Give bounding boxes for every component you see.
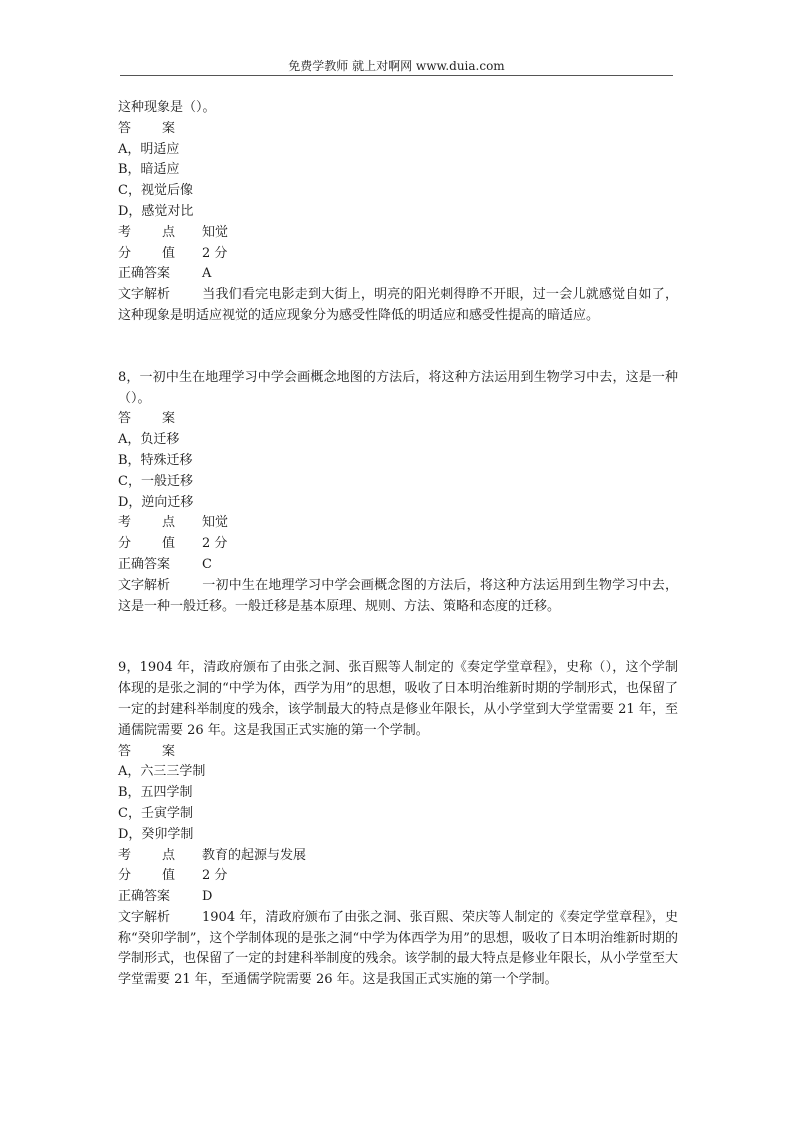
question-stem: 9，1904 年，清政府颁布了由张之洞、张百熙等人制定的《奏定学堂章程》，史称（… (118, 658, 678, 741)
option-d: D，逆向迁移 (118, 493, 678, 514)
header-divider (120, 75, 673, 76)
analysis-row: 文字解析一初中生在地理学习中学会画概念图的方法后，将这种方法运用到生物学习中去，… (118, 576, 678, 618)
option-d: D，感觉对比 (118, 202, 678, 223)
option-b: B，暗适应 (118, 160, 678, 181)
answer-label: 答案 (118, 742, 678, 763)
correct-answer-value: D (202, 889, 212, 904)
analysis-text: 当我们看完电影走到大街上，明亮的阳光刺得睁不开眼，过一会儿就感觉自如了，这种现象… (118, 287, 678, 323)
knowledge-point-row: 考点教育的起源与发展 (118, 846, 678, 867)
option-c: C，壬寅学制 (118, 804, 678, 825)
analysis-text: 1904 年，清政府颁布了由张之洞、张百熙、荣庆等人制定的《奏定学堂章程》，史称… (118, 910, 678, 987)
question-block: 8，一初中生在地理学习中学会画概念地图的方法后，将这种方法运用到生物学习中去，这… (118, 368, 678, 618)
score-value: 2 分 (202, 246, 227, 261)
analysis-row: 文字解析1904 年，清政府颁布了由张之洞、张百熙、荣庆等人制定的《奏定学堂章程… (118, 908, 678, 991)
option-a: A，六三三学制 (118, 762, 678, 783)
correct-answer-row: 正确答案A (118, 264, 678, 285)
knowledge-point-value: 知觉 (202, 515, 228, 530)
option-c: C，一般迁移 (118, 472, 678, 493)
question-block: 9，1904 年，清政府颁布了由张之洞、张百熙等人制定的《奏定学堂章程》，史称（… (118, 658, 678, 991)
correct-answer-row: 正确答案C (118, 555, 678, 576)
option-a: A，负迁移 (118, 430, 678, 451)
knowledge-point-value: 知觉 (202, 225, 228, 240)
option-b: B，特殊迁移 (118, 451, 678, 472)
page-header: 免费学教师 就上对啊网 www.duia.com (120, 58, 673, 74)
correct-answer-value: A (202, 266, 211, 281)
score-row: 分值2 分 (118, 866, 678, 887)
document-body: 这种现象是（）。 答案 A，明适应 B，暗适应 C，视觉后像 D，感觉对比 考点… (118, 98, 678, 991)
correct-answer-value: C (202, 557, 212, 572)
option-d: D，癸卯学制 (118, 825, 678, 846)
correct-answer-row: 正确答案D (118, 887, 678, 908)
knowledge-point-row: 考点知觉 (118, 223, 678, 244)
spacer (118, 327, 678, 368)
knowledge-point-value: 教育的起源与发展 (202, 848, 306, 863)
knowledge-point-row: 考点知觉 (118, 513, 678, 534)
score-row: 分值2 分 (118, 244, 678, 265)
answer-label: 答案 (118, 119, 678, 140)
question-block: 这种现象是（）。 答案 A，明适应 B，暗适应 C，视觉后像 D，感觉对比 考点… (118, 98, 678, 327)
question-stem: 这种现象是（）。 (118, 98, 678, 119)
option-b: B，五四学制 (118, 783, 678, 804)
spacer (118, 617, 678, 658)
question-stem: 8，一初中生在地理学习中学会画概念地图的方法后，将这种方法运用到生物学习中去，这… (118, 368, 678, 410)
option-a: A，明适应 (118, 140, 678, 161)
option-c: C，视觉后像 (118, 181, 678, 202)
analysis-text: 一初中生在地理学习中学会画概念图的方法后，将这种方法运用到生物学习中去，这是一种… (118, 578, 678, 614)
analysis-row: 文字解析当我们看完电影走到大街上，明亮的阳光刺得睁不开眼，过一会儿就感觉自如了，… (118, 285, 678, 327)
score-row: 分值2 分 (118, 534, 678, 555)
score-value: 2 分 (202, 868, 227, 883)
answer-label: 答案 (118, 409, 678, 430)
score-value: 2 分 (202, 536, 227, 551)
